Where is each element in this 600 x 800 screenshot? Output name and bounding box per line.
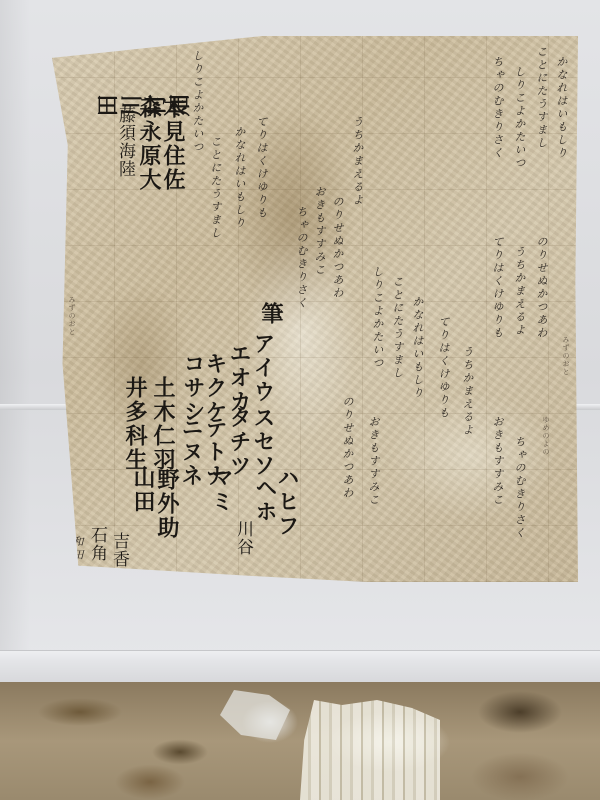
- cursive-column: てりはくけゆりも: [256, 116, 267, 220]
- katakana-column: エオカ: [228, 342, 250, 414]
- brush-mark: マミ: [210, 466, 232, 514]
- name-column: 井多科生: [124, 376, 146, 472]
- katakana-column: ハヒフ: [276, 466, 298, 538]
- cursive-column: ちゃのむきりさく: [296, 206, 307, 310]
- baseboard: [0, 650, 600, 683]
- cursive-column: おきもすすみこ: [368, 416, 379, 507]
- name-column: 野外助: [156, 468, 178, 540]
- katakana-column: ニヌネ: [180, 416, 202, 488]
- cursive-column: うちかまえるよ: [352, 116, 363, 207]
- cursive-column: おきもすすみこ: [492, 416, 503, 507]
- name-column: 山田: [132, 466, 154, 514]
- inscription: 川谷: [234, 520, 251, 556]
- cursive-column: しりこよかたいつ: [514, 66, 525, 170]
- katakana-column: キクケ: [204, 352, 226, 424]
- cursive-column: かなれはいもしり: [556, 56, 567, 160]
- cursive-column: のりせぬかつあわ: [342, 396, 353, 500]
- cursive-column: おきもすすみこ: [314, 186, 325, 277]
- katakana-column: スセソ: [252, 406, 274, 478]
- cursive-column: ことにたうすまし: [210, 136, 221, 240]
- cursive-column: うちかまえるよ: [462, 346, 473, 437]
- paint-splattered-floor: [0, 682, 600, 800]
- cursive-column: ことにたうすまし: [536, 46, 547, 150]
- cursive-column: しりこよかたいつ: [192, 50, 203, 154]
- cursive-column: てりはくけゆりも: [438, 316, 449, 420]
- katakana-column: アイウ: [252, 332, 274, 404]
- cursive-column: うちかまえるよ: [514, 246, 525, 337]
- cursive-column: ちゃのむきりさく: [492, 56, 503, 160]
- cursive-column: のりせぬかつあわ: [332, 196, 343, 300]
- cursive-column: ちゃのむきりさく: [514, 436, 525, 540]
- cursive-column: てりはくけゆりも: [492, 236, 503, 340]
- margin-notes: みずのおと: [562, 336, 569, 376]
- margin-notes: ゆめのよの: [542, 416, 549, 456]
- calligraphy-paper-hanging: 田川村畑 木見住佐 森永原大 藤須海陸 土木仁羽 井多科生 野外助 山田 吉香 …: [52, 36, 578, 582]
- name-column: 土木仁羽: [152, 376, 174, 472]
- floor-paint-drip: [300, 700, 440, 800]
- cursive-column: かなれはいもしり: [234, 126, 245, 230]
- katakana-column: ヘホ: [254, 476, 276, 524]
- margin-notes: みずのおと: [68, 296, 75, 336]
- brush-mark: 筆: [260, 302, 282, 326]
- name-column: 木見住佐: [162, 96, 184, 192]
- cursive-column: かなれはいもしり: [412, 296, 423, 400]
- inscription: 吉香: [110, 532, 127, 568]
- name-column: 藤須海陸: [116, 106, 133, 178]
- cursive-column: のりせぬかつあわ: [536, 236, 547, 340]
- wall-shadow: [0, 0, 30, 680]
- name-column: 森永原大: [138, 96, 160, 192]
- cursive-column: しりこよかたいつ: [372, 266, 383, 370]
- cursive-column: ことにたうすまし: [392, 276, 403, 380]
- inscription: 石角: [88, 526, 105, 562]
- katakana-column: コサシ: [182, 352, 204, 424]
